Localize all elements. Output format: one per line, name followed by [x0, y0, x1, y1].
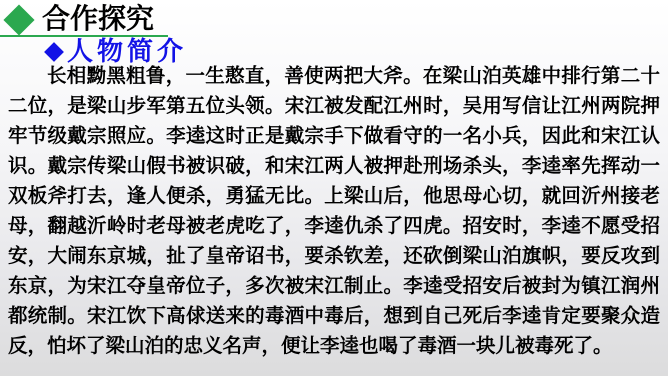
body-line: 长相黝黑粗鲁，一生憨直，善使两把大斧。在梁山泊英雄中排行第二十	[8, 62, 660, 92]
body-line: 东京，为宋江夺皇帝位子，多次被宋江制止。李逵受招安后被封为镇江润州	[8, 272, 660, 302]
body-line: 二位，是梁山步军第五位头领。宋江被发配江州时，吴用写信让江州两院押	[8, 92, 660, 122]
body-line: 安，大闹东京城，扯了皇帝诏书，要杀钦差，还砍倒梁山泊旗帜，要反攻到	[8, 242, 660, 272]
body-line: 都统制。宋江饮下高俅送来的毒酒中毒后，想到自己死后李逵肯定要聚众造	[8, 302, 660, 332]
body-line: 识。戴宗传梁山假书被识破，和宋江两人被押赴刑场杀头，李逵率先挥动一	[8, 152, 660, 182]
body-line: 母，翻越沂岭时老母被老虎吃了，李逵仇杀了四虎。招安时，李逵不愿受招	[8, 212, 660, 242]
green-diamond-icon	[3, 4, 34, 35]
body-line: 反，怕坏了梁山泊的忠义名声，便让李逵也喝了毒酒一块儿被毒死了。	[8, 332, 660, 362]
slide: 合作探究 人物简介 长相黝黑粗鲁，一生憨直，善使两把大斧。在梁山泊英雄中排行第二…	[0, 0, 668, 376]
page-title: 合作探究	[42, 3, 154, 35]
blue-diamond-icon	[44, 42, 64, 62]
body-line: 双板斧打去，逢人便杀，勇猛无比。上梁山后，他思母心切，就回沂州接老	[8, 182, 660, 212]
body-line: 牢节级戴宗照应。李逵这时正是戴宗手下做看守的一名小兵，因此和宋江认	[8, 122, 660, 152]
body-paragraph: 长相黝黑粗鲁，一生憨直，善使两把大斧。在梁山泊英雄中排行第二十 二位，是梁山步军…	[8, 62, 660, 362]
